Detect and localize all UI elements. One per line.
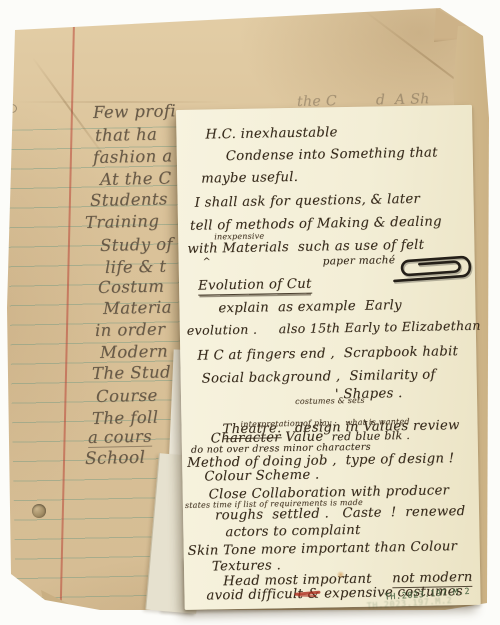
- pencil-line: Course: [96, 386, 158, 406]
- pencil-line: Students: [90, 189, 168, 210]
- card-line-textures: Textures .: [212, 558, 281, 574]
- pencil-smudge: [7, 104, 17, 113]
- pencil-line: Training: [85, 211, 160, 232]
- card-caret-mark: ^: [203, 256, 211, 267]
- card-line-explain: explain as example Early: [218, 298, 402, 316]
- pencil-line: a cours: [88, 427, 152, 448]
- pencil-line: Costum: [98, 277, 165, 297]
- paper-clip-icon: [389, 249, 483, 293]
- pencil-line: School: [85, 448, 146, 469]
- card-line-evolution: evolution . also 15th Early to Elizabeth…: [187, 318, 481, 338]
- card-line-methods: tell of methods of Making & dealing: [190, 214, 442, 233]
- card-line-maybe-useful: maybe useful.: [201, 170, 298, 187]
- card-line-hc: H.C. inexhaustable: [205, 125, 338, 142]
- card-heading-colour-scheme: Colour Scheme .: [204, 468, 319, 485]
- card-line-actors: actors to complaint: [225, 523, 360, 540]
- card-line-roughs: roughs settled . Caste ! renewed: [215, 504, 466, 523]
- pencil-line: fashion a: [93, 146, 173, 167]
- pencil-line: Study of: [100, 234, 173, 255]
- pencil-line: that ha: [95, 125, 158, 145]
- scan-background: Few profi the C d A Sh f that ha fashion…: [0, 0, 500, 625]
- pencil-line: life & t: [105, 257, 167, 277]
- pencil-line: in order: [95, 320, 166, 340]
- pencil-line: Modern: [100, 342, 168, 362]
- note-card: H.C. inexhaustable Condense into Somethi…: [176, 105, 481, 610]
- card-line-social: Social background , Similarity of: [202, 368, 436, 387]
- pencil-line: Materia: [103, 298, 172, 318]
- pencil-line: The foll: [92, 408, 159, 428]
- card-line-fingers: H C at fingers end , Scrapbook habit: [197, 344, 458, 364]
- card-heading-evolution: Evolution of Cut: [198, 277, 312, 296]
- pencil-line: The Stud: [92, 362, 171, 383]
- card-line-questions: I shall ask for questions, & later: [194, 192, 420, 211]
- card-note-paper-mache: paper maché: [323, 254, 396, 267]
- card-line-condense: Condense into Something that: [226, 145, 438, 164]
- punch-hole: [32, 504, 46, 518]
- pencil-line: Few profi: [93, 101, 176, 122]
- paper-clip: [389, 249, 484, 297]
- pencil-line: At the C: [100, 169, 172, 189]
- card-line-skin-tone: Skin Tone more important than Colour: [188, 539, 458, 559]
